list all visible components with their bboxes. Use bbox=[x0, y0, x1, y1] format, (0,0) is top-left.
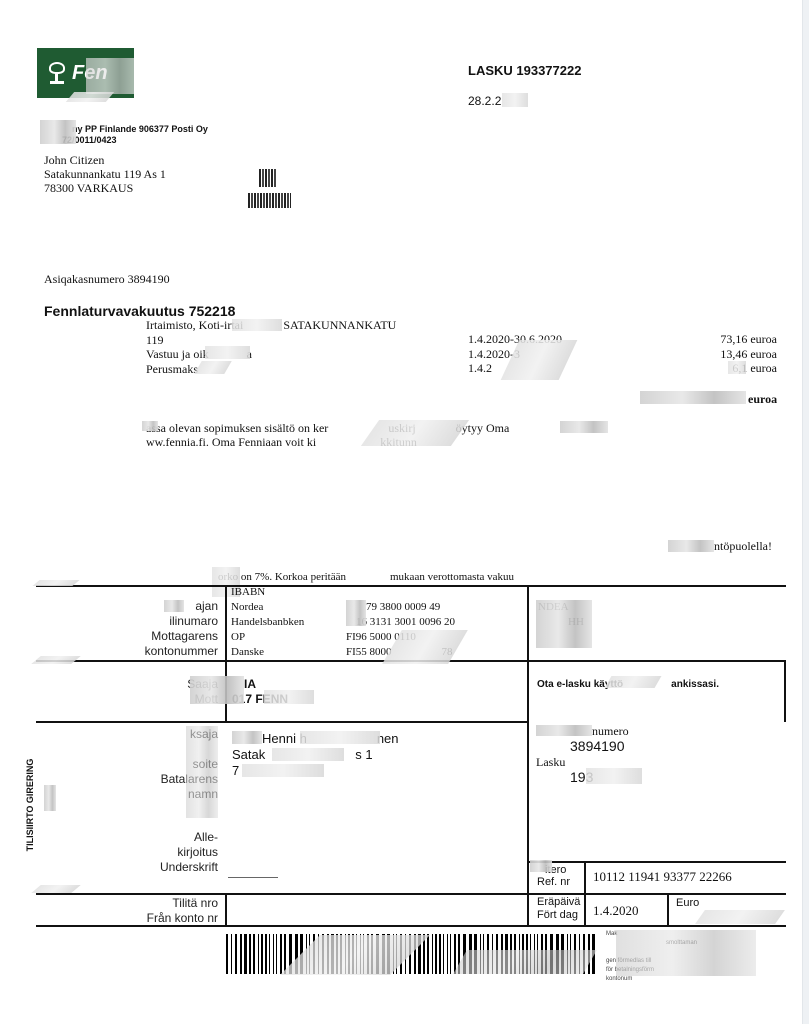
from-account-field[interactable] bbox=[228, 896, 526, 924]
postage-line-1: ny PP Finlande 906377 Posti Oy bbox=[72, 124, 208, 134]
reference-number[interactable]: 10112 11941 93377 22266 bbox=[593, 869, 732, 885]
invoice-title: LASKU 193377222 bbox=[468, 63, 581, 78]
policy-title: Fennlaturvavakuutus 752218 bbox=[44, 303, 235, 319]
customer-number: Asiqakasnumero 3894190 bbox=[44, 272, 170, 287]
currency-label: Euro bbox=[676, 897, 699, 909]
recipient-name: John Citizen bbox=[44, 153, 166, 167]
tree-icon bbox=[48, 62, 66, 84]
giro-side-label: TILISIIRTO GIRERING bbox=[25, 755, 35, 855]
qr-code bbox=[259, 169, 277, 187]
invoice-date: 28.2.2 bbox=[468, 94, 501, 108]
turn-page-note: ntöpuolella! bbox=[714, 539, 772, 554]
interest-note: orko on 7%. Korkoa peritäänmukaan verott… bbox=[218, 571, 514, 583]
from-account-label: Tilitä nro Från konto nr bbox=[60, 896, 218, 926]
recipient-address: John Citizen Satakunnankatu 119 As 1 783… bbox=[44, 153, 166, 195]
policy-total: euroa bbox=[748, 392, 777, 407]
due-date: 1.4.2020 bbox=[593, 903, 639, 919]
giro-customer-no: 3894190 bbox=[570, 738, 625, 754]
scrollbar[interactable] bbox=[802, 0, 809, 1024]
giro-invoice-label: Lasku bbox=[536, 755, 565, 770]
due-date-label: Eräpäivä Fört dag bbox=[537, 896, 580, 922]
bank-names: IBABN Nordea Handelsbanbken OP Danske bbox=[231, 585, 304, 660]
recipient-city: 78300 VARKAUS bbox=[44, 181, 166, 195]
signature-label: Alle- kirjoitus Underskrift bbox=[60, 830, 218, 875]
recipient-street: Satakunnankatu 119 As 1 bbox=[44, 167, 166, 181]
recipient-account-label: ajan ilinumaro Mottagarens kontonummer bbox=[60, 599, 218, 659]
datamatrix-code bbox=[248, 193, 291, 208]
